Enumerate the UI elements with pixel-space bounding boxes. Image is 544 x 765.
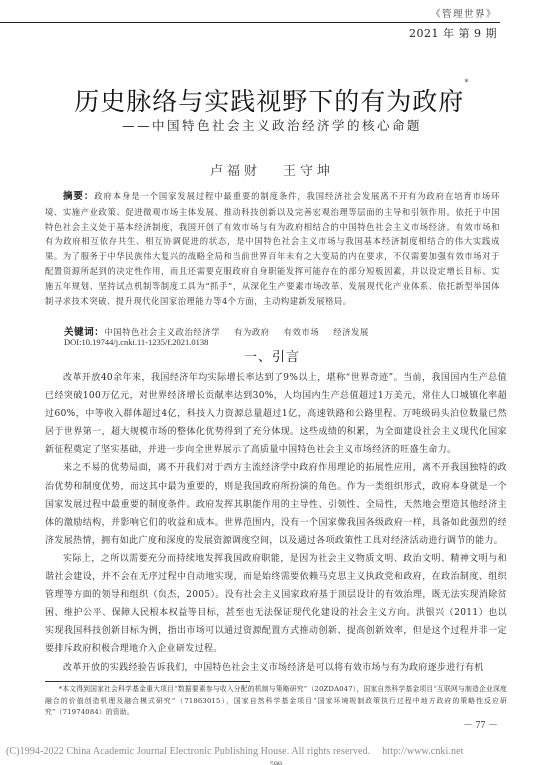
journal-name: 《管理世界》 — [431, 6, 497, 20]
footnote-text: *本文得到国家社会科学基金重大项目“数据要素参与收入分配的机制与策略研究”（20… — [45, 684, 507, 719]
body-text: 改革开放40余年来，我国经济年均实际增长率达到了9%以上，堪称“世界奇迹”。当前… — [45, 369, 507, 677]
keywords: 关键词：中国特色社会主义政治经济学有为政府有效市场经济发展 — [64, 324, 383, 338]
keyword: 中国特色社会主义政治经济学 — [104, 327, 220, 337]
author: 卢福财 — [210, 164, 261, 179]
author: 王守坤 — [283, 164, 334, 179]
paragraph: 来之不易的优势局面，离不开我们对于西方主流经济学中政府作用理论的拓展性应用，离不… — [45, 459, 507, 549]
keyword: 有效市场 — [284, 327, 320, 337]
footnote-divider — [45, 681, 250, 682]
paragraph: 实际上，之所以需要充分而持续地发挥我国政府职能，是因为社会主义物质文明、政治文明… — [45, 550, 507, 659]
author-list: 卢福财王守坤 — [0, 160, 544, 179]
footnote-mark[interactable]: * — [464, 78, 470, 88]
page-number: － 77 － — [463, 716, 498, 731]
paragraph: 改革开放40余年来，我国经济年均实际增长率达到了9%以上，堪称“世界奇迹”。当前… — [45, 369, 507, 459]
article-subtitle: ——中国特色社会主义政治经济学的核心命题 — [0, 116, 544, 134]
copyright-text: (C)1994-2022 China Academic Journal Elec… — [6, 746, 370, 757]
keyword: 有为政府 — [234, 327, 270, 337]
paragraph: 改革开放的实践经验告诉我们，中国特色社会主义市场经济是可以将有效市场与有为政府逐… — [45, 659, 507, 677]
print-number: 599 — [270, 760, 282, 765]
title-text: 历史脉络与实践视野下的有为政府 — [74, 87, 464, 116]
abstract-text: 政府本身是一个国家发展过程中最重要的制度条件，我国经济社会发展离不开有为政府在培… — [45, 191, 500, 306]
copyright-notice: (C)1994-2022 China Academic Journal Elec… — [6, 746, 464, 757]
keyword: 经济发展 — [333, 327, 369, 337]
cnki-link[interactable]: http://www.cnki.net — [382, 746, 463, 757]
abstract-label: 摘要： — [63, 191, 94, 202]
article-title: 历史脉络与实践视野下的有为政府* — [0, 82, 544, 118]
header-divider — [0, 22, 500, 23]
section-heading: 一、引言 — [0, 346, 544, 365]
footnote: *本文得到国家社会科学基金重大项目“数据要素参与收入分配的机制与策略研究”（20… — [45, 684, 507, 719]
abstract: 摘要：政府本身是一个国家发展过程中最重要的制度条件，我国经济社会发展离不开有为政… — [45, 189, 500, 308]
issue-label: 2021 年 第 9 期 — [409, 25, 497, 41]
